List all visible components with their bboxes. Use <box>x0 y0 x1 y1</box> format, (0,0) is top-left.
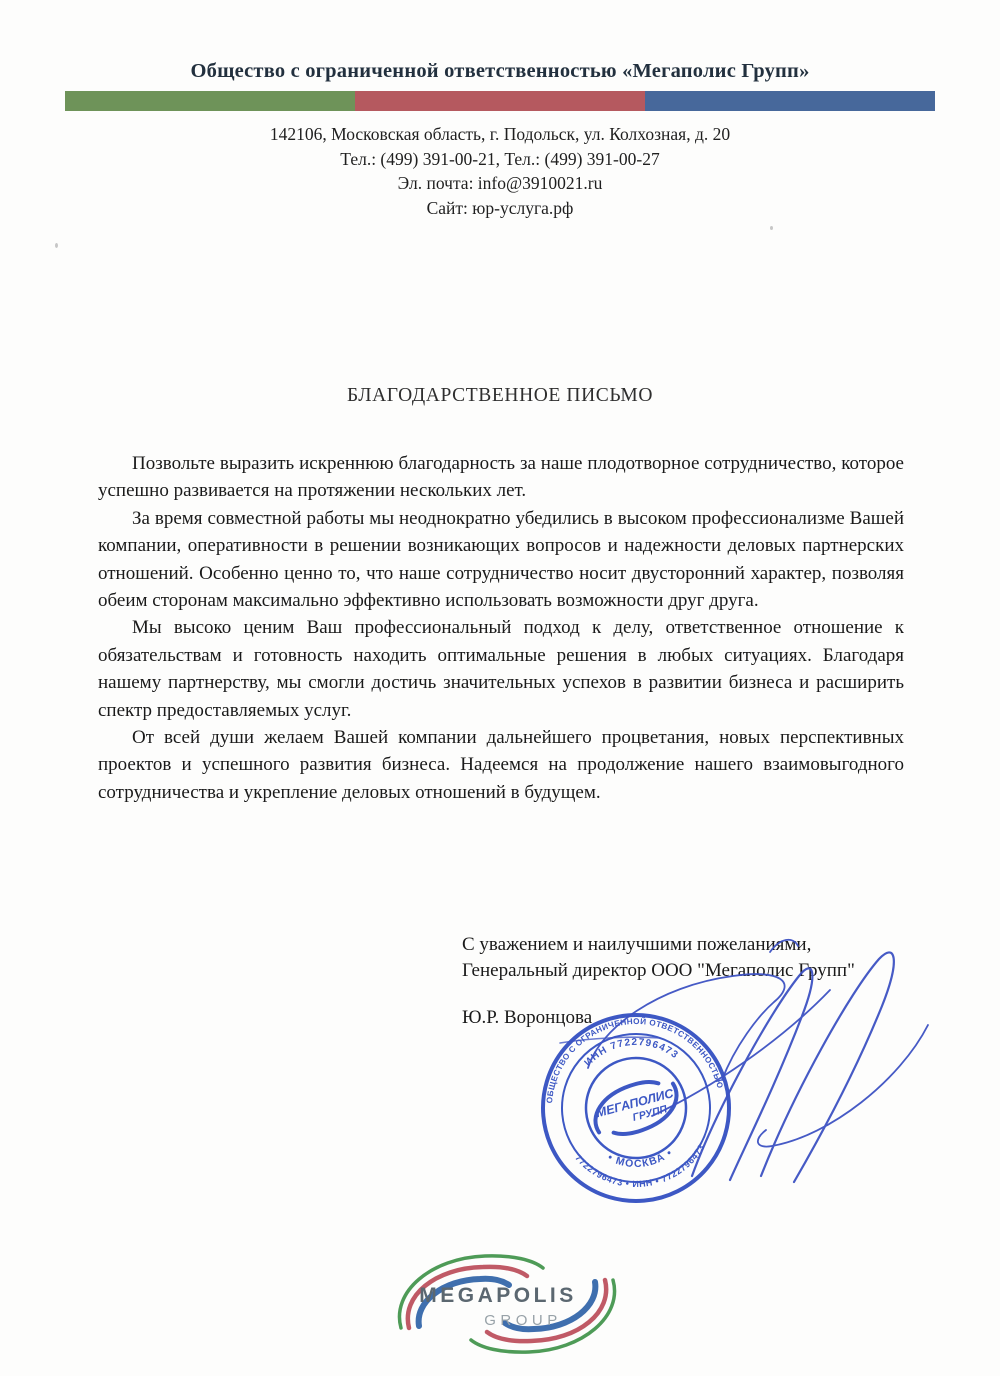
handwritten-signature <box>530 930 950 1230</box>
logo-word-megapolis: MEGAPOLIS <box>419 1284 577 1307</box>
contact-address: 142106, Московская область, г. Подольск,… <box>0 122 1000 147</box>
paragraph-3: Мы высоко ценим Ваш профессиональный под… <box>98 614 904 724</box>
contact-phones: Тел.: (499) 391-00-21, Тел.: (499) 391-0… <box>0 147 1000 172</box>
scan-speck <box>55 243 58 248</box>
paragraph-1: Позвольте выразить искреннюю благодарнос… <box>98 450 904 505</box>
tricolor-divider-bar <box>65 91 935 111</box>
contact-block: 142106, Московская область, г. Подольск,… <box>0 122 1000 220</box>
letter-body: Позвольте выразить искреннюю благодарнос… <box>98 450 904 806</box>
logo-word-group: GROUP <box>484 1312 562 1329</box>
bar-segment-green <box>65 91 355 111</box>
megapolis-group-logo: MEGAPOLIS GROUP <box>383 1240 623 1360</box>
paragraph-2: За время совместной работы мы неоднократ… <box>98 505 904 615</box>
letter-page: Общество с ограниченной ответственностью… <box>0 0 1000 1376</box>
company-name-heading: Общество с ограниченной ответственностью… <box>0 60 1000 83</box>
contact-email: Эл. почта: info@3910021.ru <box>0 171 1000 196</box>
letter-title: БЛАГОДАРСТВЕННОЕ ПИСЬМО <box>0 385 1000 407</box>
contact-website: Сайт: юр-услуга.рф <box>0 196 1000 221</box>
paragraph-4: От всей души желаем Вашей компании дальн… <box>98 724 904 806</box>
scan-speck <box>770 226 773 230</box>
bar-segment-blue <box>645 91 935 111</box>
bar-segment-red <box>355 91 645 111</box>
